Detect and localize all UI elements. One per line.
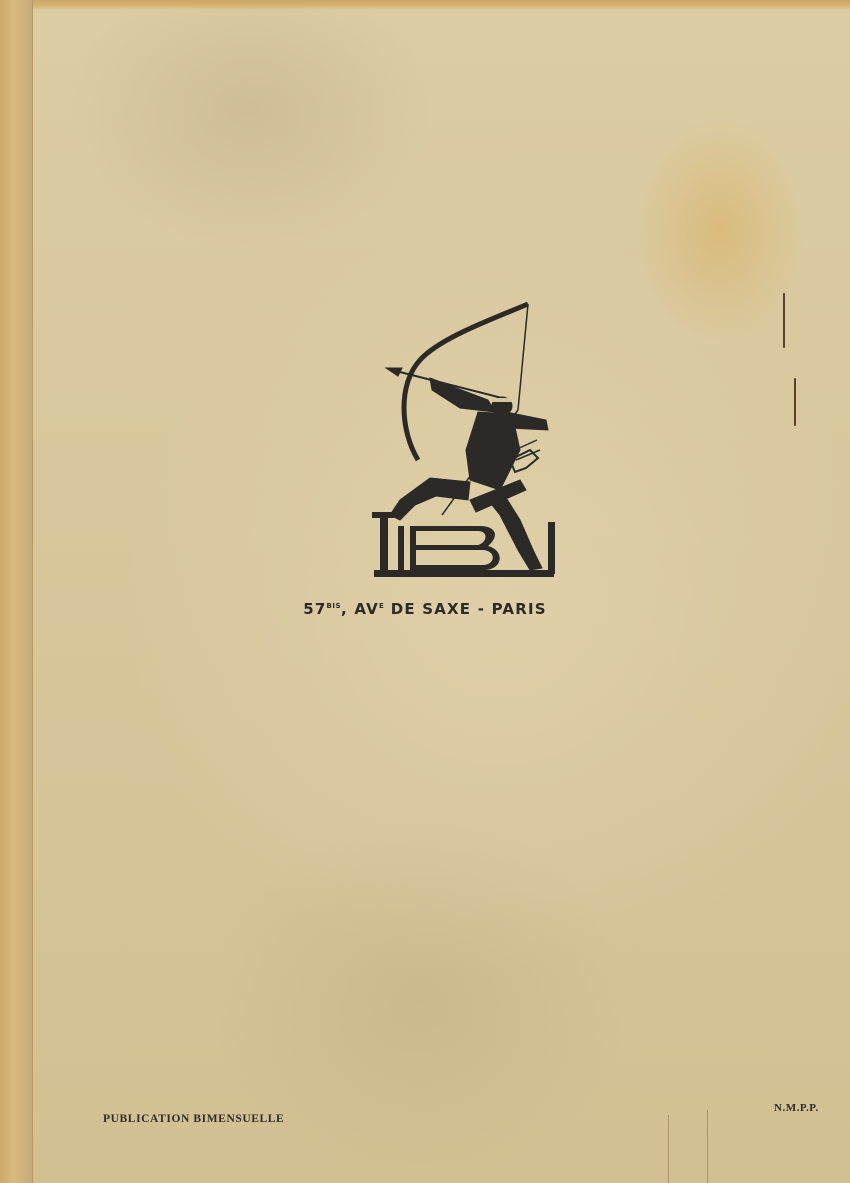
distributor-label: N.M.P.P. <box>774 1102 819 1114</box>
pen-mark <box>794 378 796 426</box>
top-page-edge <box>0 0 850 10</box>
spine-edge <box>0 0 33 1183</box>
address-dash: - <box>478 600 485 618</box>
address-avenue: AV <box>354 600 379 618</box>
archer-logo-icon <box>370 300 560 580</box>
back-cover-page <box>0 0 850 1183</box>
address-number-suffix: BIS <box>327 602 341 610</box>
address-number: 57 <box>303 600 326 618</box>
publisher-logo <box>370 300 560 580</box>
address-city: PARIS <box>492 600 547 618</box>
address-avenue-suffix: E <box>379 602 384 610</box>
publisher-address: 57BIS, AVE DE SAXE - PARIS <box>0 600 850 618</box>
publication-frequency: PUBLICATION BIMENSUELLE <box>103 1113 284 1125</box>
pen-mark <box>783 293 785 348</box>
paper-crease <box>707 1110 708 1183</box>
paper-crease <box>668 1115 669 1183</box>
address-separator: , <box>341 600 348 618</box>
address-street: DE SAXE <box>391 600 472 618</box>
